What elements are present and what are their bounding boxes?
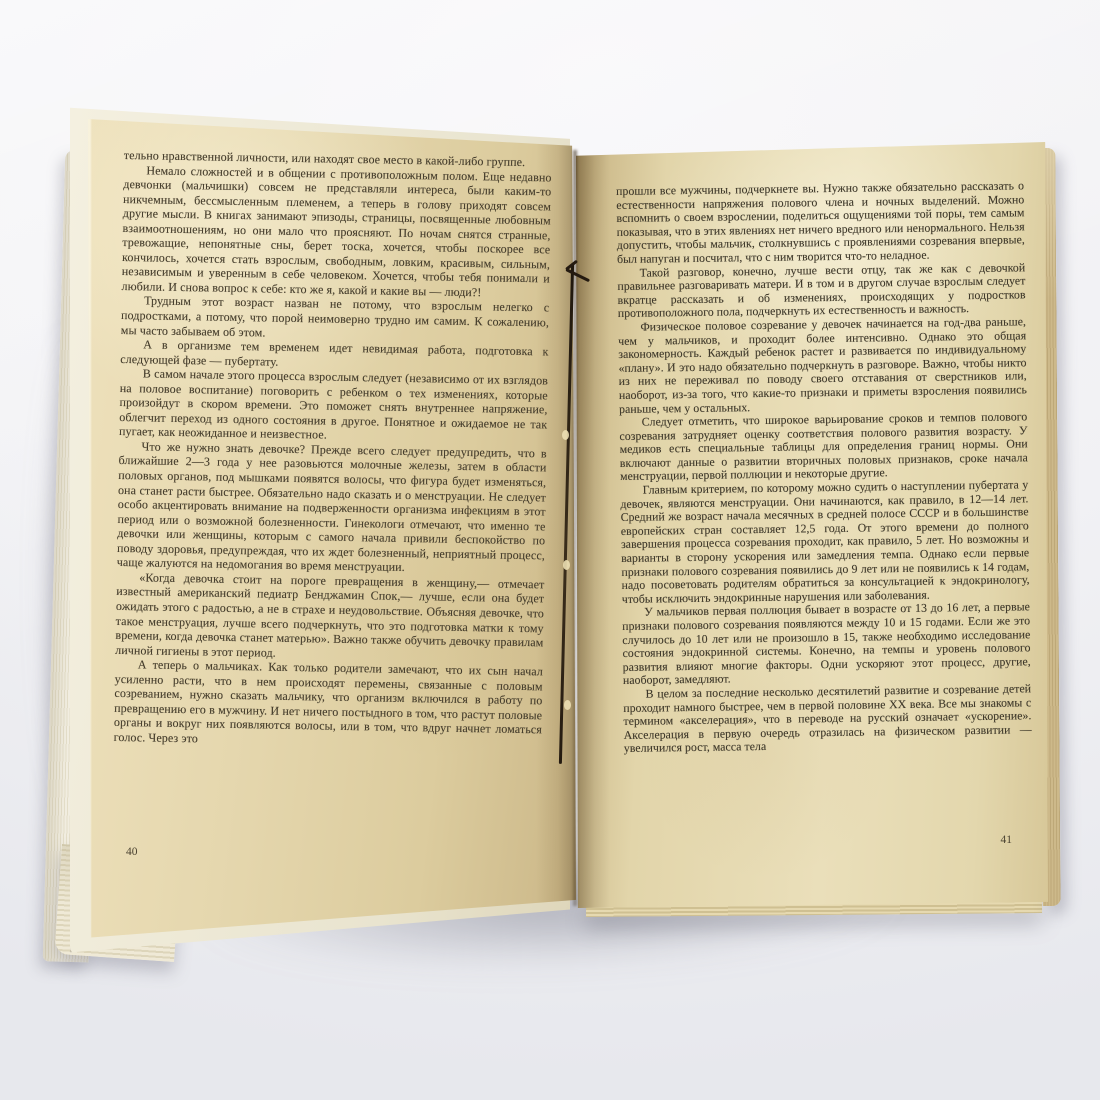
paragraph: А теперь о мальчиках. Как только родител… — [114, 657, 543, 752]
paragraph: прошли все мужчины, подчеркнете вы. Нужн… — [616, 179, 1025, 266]
binding-glue-spot — [562, 430, 569, 440]
page-number-right: 41 — [1001, 834, 1013, 846]
paragraph: В целом за последние несколько десятилет… — [623, 682, 1032, 756]
paragraph: У мальчиков первая поллюция бывает в воз… — [622, 601, 1031, 688]
page-number-left: 40 — [126, 846, 138, 858]
paragraph: Немало сложностей и в общении с противоп… — [121, 163, 551, 301]
binding-glue-spot — [564, 700, 571, 710]
photo-background: тельно нравственной личности, или находя… — [0, 0, 1100, 1100]
left-page-text: тельно нравственной личности, или находя… — [114, 148, 552, 752]
paragraph: Физическое половое созревание у девочек … — [618, 315, 1027, 416]
paragraph: В самом начале этого процесса взрослым с… — [119, 366, 548, 446]
right-page: прошли все мужчины, подчеркнете вы. Нужн… — [576, 142, 1048, 908]
paragraph: «Когда девочка стоит на пороге превращен… — [115, 570, 544, 665]
right-page-text: прошли все мужчины, подчеркнете вы. Нужн… — [616, 179, 1032, 756]
paragraph: Трудным этот возраст назван не потому, ч… — [121, 293, 550, 344]
binding-glue-spot — [563, 560, 570, 570]
paragraph: Что же нужно знать девочке? Прежде всего… — [117, 439, 547, 577]
paragraph: Следует отметить, что широкое варьирован… — [619, 410, 1028, 484]
paragraph: Такой разговор, конечно, лучше вести отц… — [617, 261, 1026, 321]
left-page: тельно нравственной личности, или находя… — [88, 104, 576, 940]
paragraph: Главным критерием, по которому можно суд… — [620, 478, 1030, 606]
